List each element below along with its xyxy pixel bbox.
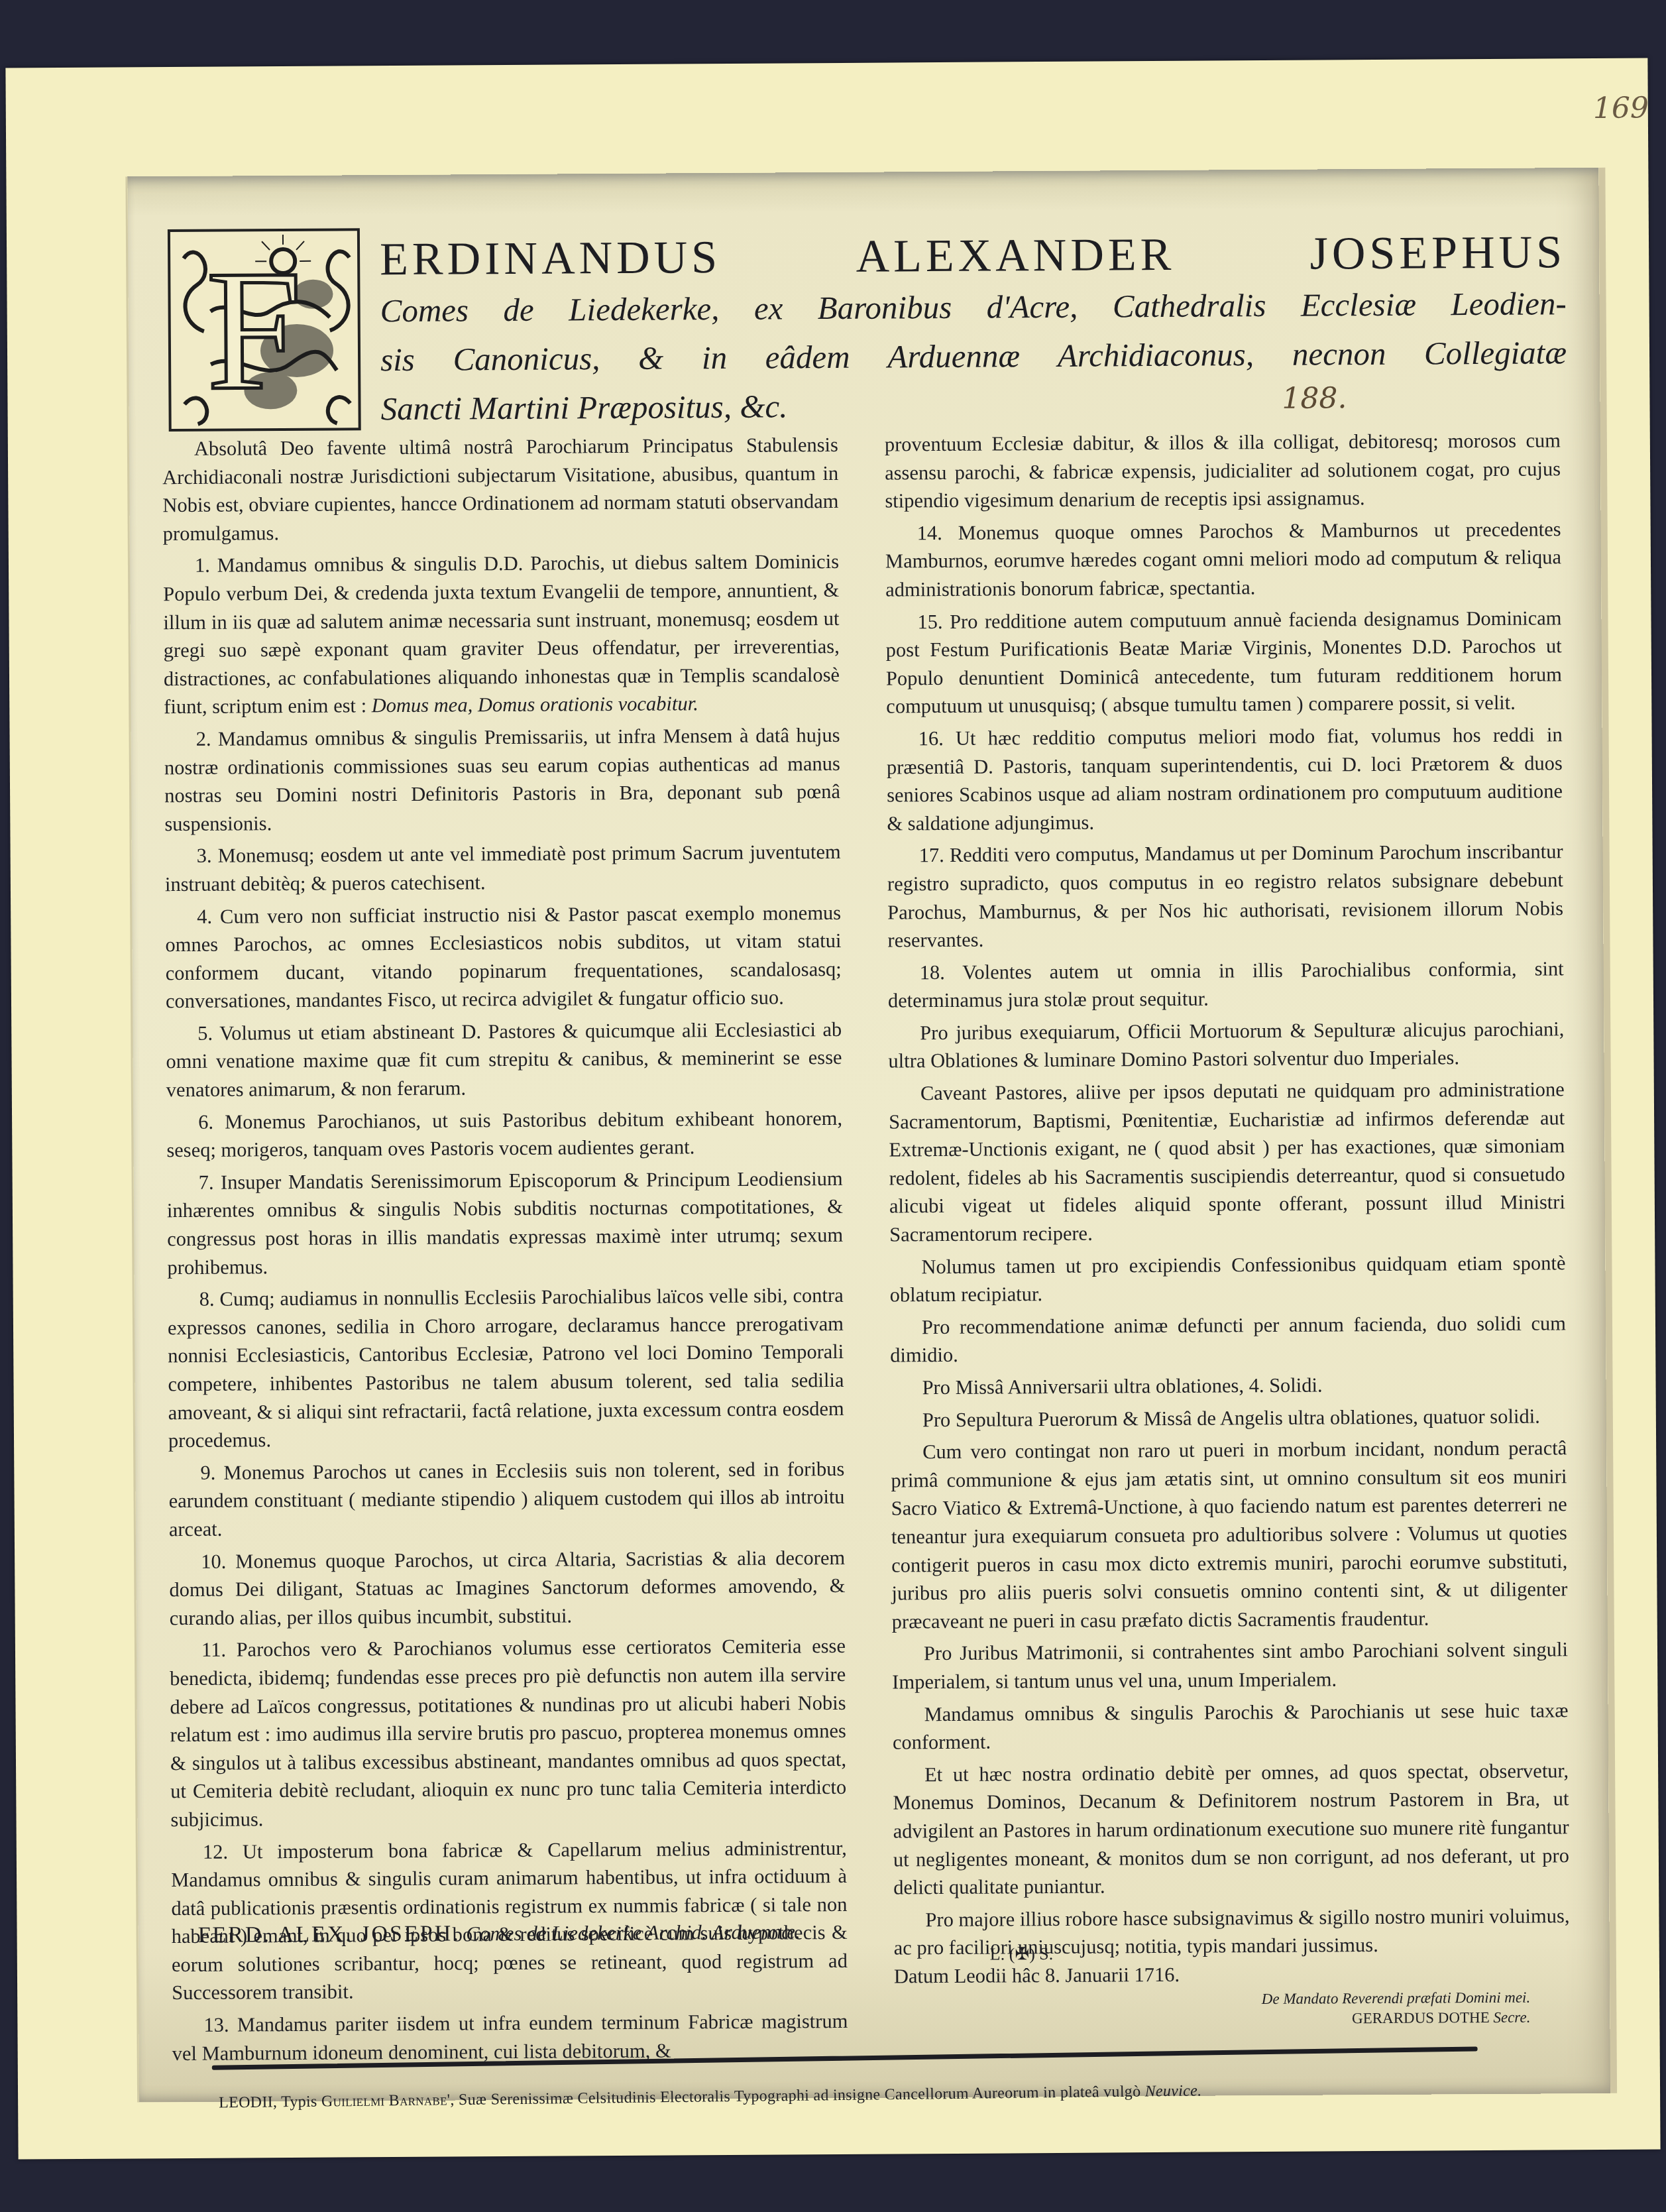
folio-number: 169 (1593, 91, 1649, 125)
article-17: 17. Redditi vero computus, Mandamus ut p… (887, 838, 1564, 955)
left-column: Absolutâ Deo favente ultimâ nostrâ Paroc… (162, 431, 848, 1940)
subtitle-line: sis Canonicus, & in eâdem Arduennæ Archi… (380, 328, 1567, 384)
preamble-paragraph: Absolutâ Deo favente ultimâ nostrâ Paroc… (162, 431, 839, 548)
secretary-role: Secre. (1493, 2009, 1530, 2026)
fee-children-burial: Pro Sepultura Puerorum & Missâ de Angeli… (891, 1402, 1567, 1434)
printer-imprint: LEODII, Typis Guilielmi Barnabe', Suæ Se… (219, 2079, 1478, 2112)
scripture-quote: Domus mea, Domus orationis vocabitur. (372, 693, 698, 717)
secretary-attestation: De Mandato Reverendi præfati Domini mei.… (1262, 1988, 1531, 2029)
article-3: 3. Monemusq; eosdem ut ante vel immediat… (165, 838, 842, 898)
fee-confessions: Nolumus tamen ut pro excipiendis Confess… (889, 1249, 1566, 1309)
article-10: 10. Monemus quoque Parochos, ut circa Al… (169, 1543, 846, 1632)
imprint-rest: Suæ Serenissimæ Celsitudinis Electoralis… (459, 2083, 1141, 2109)
article-6: 6. Monemus Parochianos, ut suis Pastorib… (166, 1104, 843, 1165)
imprint-city: LEODII, (219, 2093, 277, 2111)
subtitle-line: Comes de Liedekerke, ex Baronibus d'Acre… (380, 279, 1566, 335)
secretary-name: GERARDUS DOTHE (1352, 2009, 1490, 2026)
article-15: 15. Pro redditione autem computuum annuè… (885, 604, 1562, 721)
title-block: ERDINANDUS ALEXANDER JOSEPHUS Comes de L… (380, 226, 1567, 434)
fee-sacraments-warning: Caveant Pastores, aliive per ipsos deput… (889, 1075, 1566, 1249)
seal-mark: L. (✠) S. (990, 1944, 1054, 1965)
title-word: ERDINANDUS (380, 231, 721, 286)
printed-ordinance-sheet: F ERDINANDUS ALEXANDER JOSEPHUS Comes de… (125, 168, 1617, 2103)
initial-letter: F (206, 243, 303, 416)
enforcement: Et ut hæc nostra ordinatio debitè per om… (893, 1757, 1569, 1902)
article-11: 11. Parochos vero & Parochianos volumus … (170, 1632, 847, 1834)
children-sacraments: Cum vero contingat non raro ut pueri in … (891, 1434, 1568, 1635)
title-word: JOSEPHUS (1309, 226, 1566, 280)
article-8: 8. Cumq; audiamus in nonnullis Ecclesiis… (168, 1281, 845, 1455)
signatory-title: Comes de Liedekerke Archid. Arduennæ. (466, 1920, 801, 1945)
fee-anniversary-mass: Pro Missâ Anniversarii ultra oblationes,… (890, 1369, 1566, 1402)
right-column: proventuum Ecclesiæ dabitur, & illos & i… (885, 426, 1570, 1935)
article-13-continued: proventuum Ecclesiæ dabitur, & illos & i… (885, 426, 1561, 515)
fee-matrimony: Pro Juribus Matrimonii, si contrahentes … (892, 1636, 1569, 1696)
fee-recommendation: Pro recommendatione animæ defuncti per a… (890, 1309, 1567, 1369)
decorated-initial: F (168, 228, 361, 432)
article-16: 16. Ut hæc redditio computus meliori mod… (886, 721, 1563, 838)
body-columns: Absolutâ Deo favente ultimâ nostrâ Paroc… (162, 426, 1570, 1940)
conformity-mandate: Mandamus omnibus & singulis Parochis & P… (892, 1696, 1569, 1757)
imprint-street: Neuvice. (1145, 2082, 1202, 2100)
article-9: 9. Monemus Parochos ut canes in Ecclesii… (168, 1455, 845, 1544)
article-14: 14. Monemus quoque omnes Parochos & Mamb… (885, 515, 1562, 604)
subtitle-line: Sancti Martini Præpositus, &c. (380, 377, 1567, 434)
imprint-printer: Guilielmi Barnabe', (321, 2091, 455, 2110)
title-word: ALEXANDER (856, 229, 1175, 284)
article-7: 7. Insuper Mandatis Serenissimorum Episc… (167, 1165, 844, 1282)
signatory-name: FERD. ALEX. JOSEPH. (197, 1921, 460, 1947)
imprint-typis: Typis (281, 2093, 317, 2111)
article-2: 2. Mandamus omnibus & singulis Premissar… (164, 721, 840, 839)
article-5: 5. Volumus ut etiam abstineant D. Pastor… (166, 1016, 842, 1104)
article-4: 4. Cum vero non sufficiat instructio nis… (165, 898, 842, 1016)
archival-mount: 169 (5, 58, 1660, 2159)
article-1: 1. Mandamus omnibus & singulis D.D. Paro… (163, 548, 840, 721)
secretary-signature: GERARDUS DOTHE Secre. (1262, 2008, 1531, 2029)
document-header: F ERDINANDUS ALEXANDER JOSEPHUS Comes de… (168, 221, 1561, 448)
fee-exequies: Pro juribus exequiarum, Officii Mortuoru… (888, 1015, 1565, 1075)
title-name: ERDINANDUS ALEXANDER JOSEPHUS (380, 226, 1566, 286)
article-18: 18. Volentes autem ut omnia in illis Par… (888, 955, 1565, 1015)
mandate-line: De Mandato Reverendi præfati Domini mei. (1262, 1988, 1531, 2009)
handwritten-number: 188. (1282, 381, 1347, 416)
